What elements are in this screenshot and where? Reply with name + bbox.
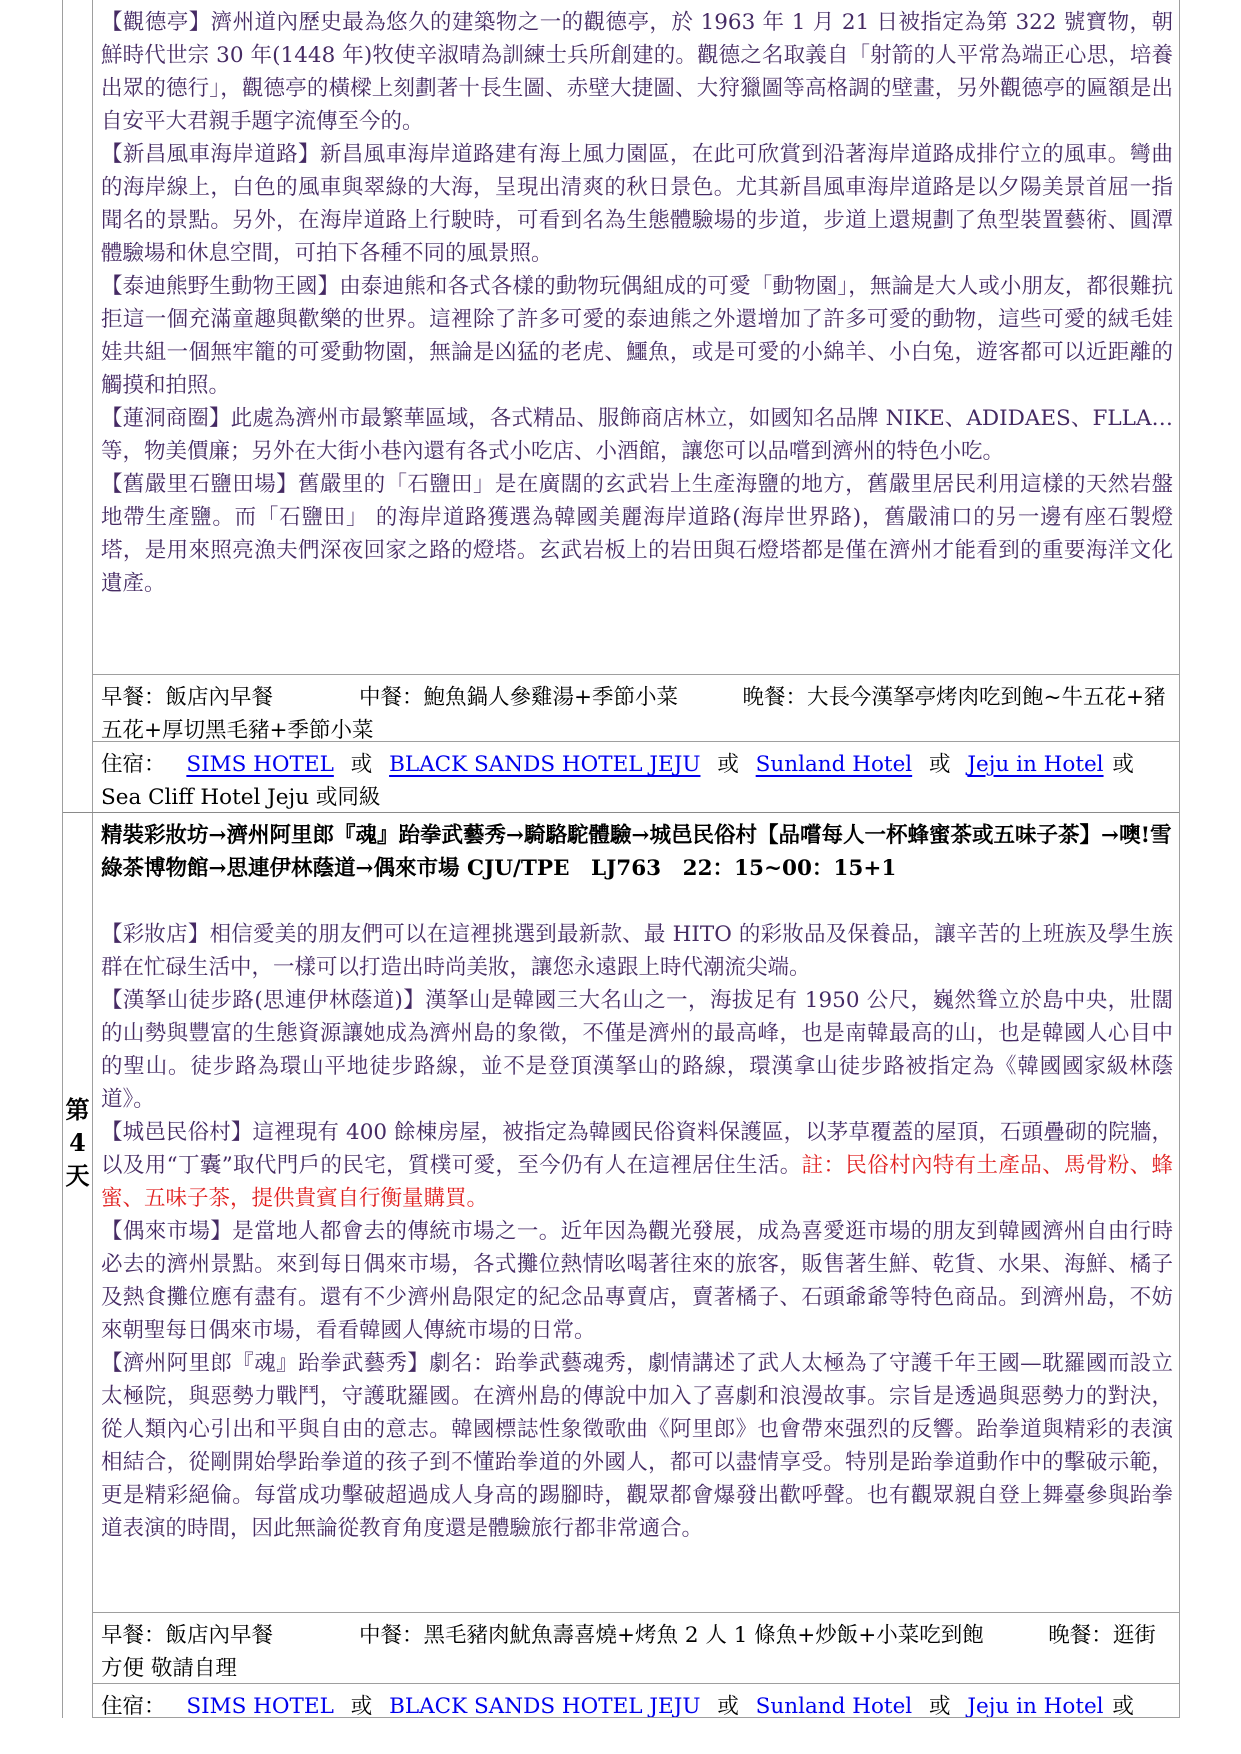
hotel-link-black-sands[interactable]: BLACK SANDS HOTEL JEJU xyxy=(389,752,700,777)
day3-block: 【觀德亭】濟州道內歷史最為悠久的建築物之一的觀德亭，於 1963 年 1 月 2… xyxy=(63,0,1179,812)
itinerary-table: 【觀德亭】濟州道內歷史最為悠久的建築物之一的觀德亭，於 1963 年 1 月 2… xyxy=(62,0,1180,1718)
day4-main-column: 精裝彩妝坊→濟州阿里郎『魂』跆拳武藝秀→騎駱駝體驗→城邑民俗村【品嚐每人一杯蜂蜜… xyxy=(93,813,1179,1718)
blank-line xyxy=(101,885,1173,918)
day3-meals-cell: 早餐：飯店內早餐 中餐：鮑魚鍋人參雞湯+季節小菜 晚餐：大長今漢拏亭烤肉吃到飽~… xyxy=(93,675,1179,742)
hotel-or-separator: 或 xyxy=(351,752,373,777)
day4-description-cell: 精裝彩妝坊→濟州阿里郎『魂』跆拳武藝秀→騎駱駝體驗→城邑民俗村【品嚐每人一杯蜂蜜… xyxy=(93,813,1179,1613)
day4-label: 第 4 天 xyxy=(63,1093,92,1192)
paragraph-gueom-salt-field: 【舊嚴里石鹽田場】舊嚴里的「石鹽田」是在廣闊的玄武岩上生產海鹽的地方，舊嚴里居民… xyxy=(101,468,1173,600)
day3-meals-text: 早餐：飯店內早餐 中餐：鮑魚鍋人參雞湯+季節小菜 晚餐：大長今漢拏亭烤肉吃到飽~… xyxy=(101,681,1173,742)
day3-label-cell xyxy=(63,0,93,812)
day4-label-char: 第 xyxy=(63,1093,92,1126)
hotel-or-separator: 或 xyxy=(717,752,739,777)
day4-route-title: 精裝彩妝坊→濟州阿里郎『魂』跆拳武藝秀→騎駱駝體驗→城邑民俗村【品嚐每人一杯蜂蜜… xyxy=(101,819,1173,885)
hotel-link-sims-hotel[interactable]: SIMS HOTEL xyxy=(186,752,334,777)
day3-description-cell: 【觀德亭】濟州道內歷史最為悠久的建築物之一的觀德亭，於 1963 年 1 月 2… xyxy=(93,0,1179,675)
day4-hotel-cell: 住宿： SIMS HOTEL 或 BLACK SANDS HOTEL JEJU … xyxy=(93,1684,1179,1718)
hotel-label: 住宿： xyxy=(101,752,166,777)
paragraph-hallasan-trail: 【漢拏山徒步路(思連伊林蔭道)】漢拏山是韓國三大名山之一，海拔足有 1950 公… xyxy=(101,984,1173,1116)
hotel-link-black-sands[interactable]: BLACK SANDS HOTEL JEJU xyxy=(389,1694,700,1718)
day4-label-char: 4 xyxy=(63,1126,92,1159)
day4-meals-text: 早餐：飯店內早餐 中餐：黑毛豬肉魷魚壽喜燒+烤魚 2 人 1 條魚+炒飯+小菜吃… xyxy=(101,1619,1173,1684)
paragraph-olle-market: 【偶來市場】是當地人都會去的傳統市場之一。近年因為觀光發展，成為喜愛逛市場的朋友… xyxy=(101,1215,1173,1347)
day4-label-cell: 第 4 天 xyxy=(63,813,93,1718)
day3-hotel-cell: 住宿： SIMS HOTEL 或 BLACK SANDS HOTEL JEJU … xyxy=(93,742,1179,812)
hotel-label: 住宿： xyxy=(101,1694,166,1718)
day3-main-column: 【觀德亭】濟州道內歷史最為悠久的建築物之一的觀德亭，於 1963 年 1 月 2… xyxy=(93,0,1179,812)
paragraph-gwandeok-pavilion: 【觀德亭】濟州道內歷史最為悠久的建築物之一的觀德亭，於 1963 年 1 月 2… xyxy=(101,6,1173,138)
itinerary-page: 【觀德亭】濟州道內歷史最為悠久的建築物之一的觀德亭，於 1963 年 1 月 2… xyxy=(0,0,1241,1754)
hotel-or-separator: 或 xyxy=(351,1694,373,1718)
day3-hotel-line: 住宿： SIMS HOTEL 或 BLACK SANDS HOTEL JEJU … xyxy=(101,748,1173,812)
paragraph-arirang-taekwondo-show: 【濟州阿里郎『魂』跆拳武藝秀】劇名：跆拳武藝魂秀，劇情講述了武人太極為了守護千年… xyxy=(101,1347,1173,1545)
day4-hotel-line: 住宿： SIMS HOTEL 或 BLACK SANDS HOTEL JEJU … xyxy=(101,1690,1173,1718)
paragraph-teddybear-kingdom: 【泰迪熊野生動物王國】由泰迪熊和各式各樣的動物玩偶組成的可愛「動物園」，無論是大… xyxy=(101,270,1173,402)
paragraph-cosmetics-shop: 【彩妝店】相信愛美的朋友們可以在這裡挑選到最新款、最 HITO 的彩妝品及保養品… xyxy=(101,918,1173,984)
hotel-link-sunland[interactable]: Sunland Hotel xyxy=(756,752,913,777)
hotel-link-jeju-in[interactable]: Jeju in Hotel xyxy=(967,1694,1103,1718)
day4-label-char: 天 xyxy=(63,1159,92,1192)
hotel-or-separator: 或 xyxy=(717,1694,739,1718)
paragraph-yeondong-shopping: 【蓮洞商圈】此處為濟州市最繁華區域，各式精品、服飾商店林立，如國知名品牌 NIK… xyxy=(101,402,1173,468)
paragraph-seongeup-folk-village: 【城邑民俗村】這裡現有 400 餘棟房屋，被指定為韓國民俗資料保護區，以茅草覆蓋… xyxy=(101,1116,1173,1215)
hotel-or-separator: 或 xyxy=(929,1694,951,1718)
hotel-link-sunland[interactable]: Sunland Hotel xyxy=(756,1694,913,1718)
hotel-link-sims-hotel[interactable]: SIMS HOTEL xyxy=(186,1694,334,1718)
hotel-link-jeju-in[interactable]: Jeju in Hotel xyxy=(967,752,1103,777)
hotel-or-separator: 或 xyxy=(929,752,951,777)
day4-block: 第 4 天 精裝彩妝坊→濟州阿里郎『魂』跆拳武藝秀→騎駱駝體驗→城邑民俗村【品嚐… xyxy=(63,812,1179,1718)
paragraph-sinchang-windmill-road: 【新昌風車海岸道路】新昌風車海岸道路建有海上風力園區，在此可欣賞到沿著海岸道路成… xyxy=(101,138,1173,270)
day4-meals-cell: 早餐：飯店內早餐 中餐：黑毛豬肉魷魚壽喜燒+烤魚 2 人 1 條魚+炒飯+小菜吃… xyxy=(93,1613,1179,1684)
